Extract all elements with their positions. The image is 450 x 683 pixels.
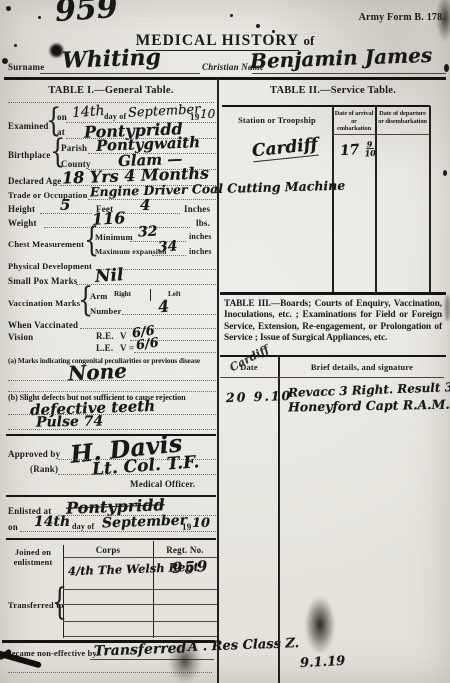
parish-label: Parish — [61, 143, 87, 153]
ink-speck — [443, 170, 447, 176]
ink-speck — [272, 30, 275, 33]
smallpox-line — [76, 284, 216, 285]
chest-min-unit: inches — [189, 232, 212, 241]
le-value: 6/6 — [135, 335, 160, 353]
subtable-top-rule — [6, 538, 216, 540]
marks-a-line2 — [8, 391, 216, 392]
transferred-line-1 — [63, 604, 217, 605]
examined-label: Examined — [8, 121, 49, 131]
approved-by-label: Approved by — [8, 449, 60, 459]
marks-a-line1 — [8, 380, 216, 381]
station-header: Station or Troopship — [222, 116, 332, 125]
enlisted-on-line — [20, 531, 216, 532]
table2-title: TABLE II.—Service Table. — [222, 85, 444, 96]
table3-entry-line2: Honeyford Capt R.A.M.C. — [288, 396, 450, 414]
day-of-label: day of — [104, 112, 126, 121]
physical-label: Physical Development — [8, 261, 92, 271]
form-title-of: of — [304, 33, 315, 48]
enlisted-day-of-label: day of — [72, 522, 94, 531]
marks-a-value: None — [67, 358, 127, 385]
medical-officer-label: Medical Officer. — [130, 479, 195, 489]
chest-max-unit: inches — [189, 247, 212, 256]
enlisted-month: September — [102, 513, 188, 532]
re-v-label: V — [120, 331, 127, 341]
non-effective-value1: Transferred — [94, 640, 187, 659]
ink-speck — [2, 58, 8, 64]
le-line — [134, 352, 216, 353]
defects-line2 — [8, 429, 216, 430]
enlisted-on-label: on — [8, 522, 18, 532]
year-prefix: 19 — [190, 112, 199, 122]
serial-number: 959 — [54, 0, 119, 29]
defects-value2: Pulse 74 — [36, 413, 103, 430]
weight-label: Weight — [8, 218, 37, 228]
table2-top-rule — [222, 105, 430, 107]
table3-title: TABLE III.—Boards; Courts of Enquiry, Va… — [224, 299, 442, 345]
ink-speck — [444, 64, 449, 72]
christian-line — [252, 73, 446, 74]
le-label: L.E. — [96, 343, 113, 353]
height-inches-value: 4 — [140, 196, 150, 214]
chest-max-line — [152, 255, 186, 256]
vision-label: Vision — [8, 332, 33, 342]
corner-smudge — [436, 0, 450, 42]
ink-speck — [14, 44, 17, 47]
height-feet-value: 5 — [60, 196, 70, 214]
arm-divider — [150, 289, 151, 301]
number-label: Number — [90, 306, 121, 316]
birthplace-label: Birthplace — [8, 150, 51, 160]
trade-line — [88, 199, 216, 200]
non-effective-value2: A . Res Class Z. — [188, 636, 300, 655]
transferred-brace: { — [52, 581, 67, 623]
chest-label: Chest Measurement — [8, 239, 84, 249]
table3-details-header: Brief details, and signature — [280, 363, 444, 372]
enlisted-day: 14th — [34, 514, 70, 530]
left-label: Left — [168, 289, 181, 298]
top-rule — [4, 77, 446, 80]
re-label: R.E. — [96, 331, 114, 341]
chest-max-value: 34 — [157, 238, 178, 255]
transferred-line-2 — [63, 621, 217, 622]
ink-speck — [38, 16, 41, 19]
rank-line — [58, 474, 216, 475]
joined-label-line1: Joined on — [4, 548, 62, 557]
table1-title: TABLE I.—General Table. — [6, 85, 216, 96]
regt-no-header: Regt. No. — [153, 545, 217, 555]
table2-header-line — [332, 134, 430, 135]
height-line2 — [118, 213, 180, 214]
lbs-label: lbs. — [196, 218, 210, 228]
ink-blot-bottom — [305, 596, 335, 654]
ink-speck — [6, 6, 11, 11]
table3-header-line — [220, 377, 444, 378]
table3-vline — [278, 357, 280, 683]
rank-label: (Rank) — [30, 464, 58, 474]
arrival-header: Date of arrival or embarkation — [334, 110, 374, 133]
arm-label: Arm — [90, 291, 108, 301]
height-line1 — [40, 213, 92, 214]
ink-blob — [50, 44, 63, 57]
scanned-form-page: 959 Army Form B. 178. MEDICAL HISTORY of… — [0, 0, 450, 683]
arrival-fraction: 910 — [364, 140, 376, 159]
chest-min-value: 32 — [138, 224, 158, 241]
non-effective-date: 9.1.19 — [300, 654, 346, 671]
edge-mark — [445, 295, 450, 321]
subtable-row-line — [63, 589, 217, 590]
table3-top-rule — [220, 292, 446, 295]
examined-day: 14th — [71, 103, 105, 121]
arrival-day: 17 — [339, 142, 360, 159]
number-line — [122, 314, 216, 315]
examined-on-label: on — [57, 112, 67, 122]
le-v-label: V = — [120, 343, 134, 353]
table3-entry-date: 20 9.10 — [226, 388, 293, 405]
when-vaccinated-label: When Vaccinated — [8, 320, 78, 330]
minimum-label: Minimum — [95, 232, 133, 242]
surname-label: Surname — [8, 62, 44, 72]
inches-label: Inches — [184, 204, 210, 214]
ink-speck — [230, 14, 233, 17]
departure-header: Date of departure or disembarkation — [377, 110, 428, 125]
center-divider — [217, 77, 219, 683]
joined-label-line2: enlistment — [4, 558, 62, 567]
arrival-value: 17 910 — [339, 140, 376, 160]
weight-line — [44, 227, 190, 228]
transferred-line-3 — [63, 636, 217, 637]
corps-header: Corps — [63, 545, 153, 555]
surname-value: Whiting — [62, 44, 162, 73]
declared-age-label: Declared Age — [8, 176, 61, 186]
regt-no-value: 959 — [172, 557, 210, 577]
examined-year: 10 — [200, 107, 215, 121]
vaccination-label: Vaccination Marks — [8, 298, 80, 308]
smallpox-label: Small Pox Marks — [8, 276, 78, 286]
christian-value: Benjamin James — [250, 43, 433, 73]
height-label: Height — [8, 204, 35, 214]
form-reference: Army Form B. 178. — [320, 12, 445, 23]
station-value: Cardiff — [251, 135, 319, 163]
ink-speck — [256, 24, 260, 28]
right-label: Right — [114, 289, 131, 298]
trade-label: Trade or Occupation — [8, 190, 88, 200]
enlisted-year: 10 — [192, 516, 210, 531]
